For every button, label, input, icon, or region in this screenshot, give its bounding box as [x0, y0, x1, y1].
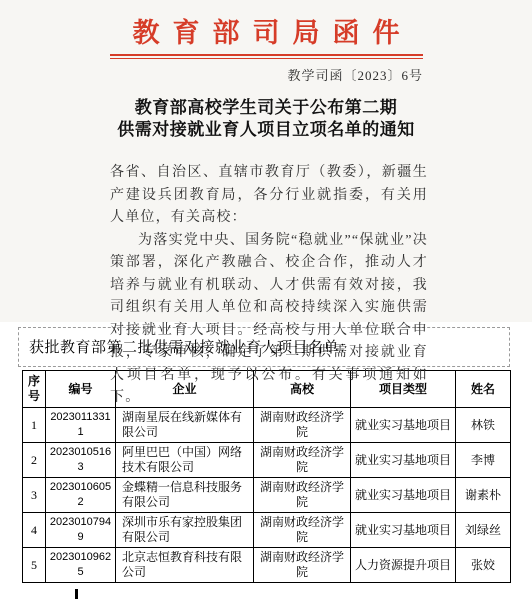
table-cell: 人力资源提升项目: [351, 548, 456, 583]
table-cell: 湖南财政经济学院: [254, 513, 351, 548]
notice-title-line1: 教育部高校学生司关于公布第二期: [0, 97, 532, 119]
table-row: 120230113311湖南星辰在线新媒体有限公司湖南财政经济学院就业实习基地项…: [23, 408, 511, 443]
table-cell: 李博: [456, 443, 511, 478]
table-cell: 阿里巴巴（中国）网络技术有限公司: [116, 443, 254, 478]
table-body: 120230113311湖南星辰在线新媒体有限公司湖南财政经济学院就业实习基地项…: [23, 408, 511, 583]
table-row: 320230106052金蝶精一信息科技服务有限公司湖南财政经济学院就业实习基地…: [23, 478, 511, 513]
table-cell: 5: [23, 548, 46, 583]
table-cell: 20230107949: [46, 513, 116, 548]
table-cell: 金蝶精一信息科技服务有限公司: [116, 478, 254, 513]
table-cell: 就业实习基地项目: [351, 443, 456, 478]
table-cell: 刘绿丝: [456, 513, 511, 548]
table-cell: 张姣: [456, 548, 511, 583]
letterhead-title: 教育部司局函件: [0, 17, 532, 49]
text-cursor-mark[interactable]: [75, 589, 78, 599]
table-row: 520230109625北京志恒教育科技有限公司湖南财政经济学院人力资源提升项目…: [23, 548, 511, 583]
table-row: 420230107949深圳市乐有家控股集团有限公司湖南财政经济学院就业实习基地…: [23, 513, 511, 548]
table-cell: 20230113311: [46, 408, 116, 443]
table-cell: 林铁: [456, 408, 511, 443]
project-table: 序号编号企业高校项目类型姓名 120230113311湖南星辰在线新媒体有限公司…: [22, 370, 511, 583]
column-header: 姓名: [456, 371, 511, 408]
table-cell: 湖南财政经济学院: [254, 443, 351, 478]
table-cell: 4: [23, 513, 46, 548]
notice-salutation: 各省、自治区、直辖市教育厅（教委），新疆生产建设兵团教育局，各分行业就指委，有关…: [110, 162, 428, 230]
table-cell: 就业实习基地项目: [351, 513, 456, 548]
table-cell: 就业实习基地项目: [351, 478, 456, 513]
table-cell: 谢素朴: [456, 478, 511, 513]
table-cell: 3: [23, 478, 46, 513]
letterhead-double-rule: [110, 54, 423, 59]
table-cell: 湖南财政经济学院: [254, 408, 351, 443]
table-cell: 20230106052: [46, 478, 116, 513]
table-cell: 北京志恒教育科技有限公司: [116, 548, 254, 583]
notice-body: 各省、自治区、直辖市教育厅（教委），新疆生产建设兵团教育局，各分行业就指委，有关…: [110, 162, 428, 410]
table-cell: 就业实习基地项目: [351, 408, 456, 443]
table-row: 220230105163阿里巴巴（中国）网络技术有限公司湖南财政经济学院就业实习…: [23, 443, 511, 478]
column-header: 序号: [23, 371, 46, 408]
scanned-letter: 教育部司局函件 教学司函〔2023〕6号 教育部高校学生司关于公布第二期 供需对…: [0, 0, 532, 322]
table-cell: 2: [23, 443, 46, 478]
table-cell: 湖南财政经济学院: [254, 548, 351, 583]
document-page: 教育部司局函件 教学司函〔2023〕6号 教育部高校学生司关于公布第二期 供需对…: [0, 0, 532, 599]
table-cell: 深圳市乐有家控股集团有限公司: [116, 513, 254, 548]
table-cell: 20230105163: [46, 443, 116, 478]
column-header: 编号: [46, 371, 116, 408]
table-cell: 湖南星辰在线新媒体有限公司: [116, 408, 254, 443]
document-number: 教学司函〔2023〕6号: [110, 65, 423, 84]
table-cell: 1: [23, 408, 46, 443]
notice-title: 教育部高校学生司关于公布第二期 供需对接就业育人项目立项名单的通知: [0, 97, 532, 141]
notice-title-line2: 供需对接就业育人项目立项名单的通知: [0, 119, 532, 141]
table-cell: 20230109625: [46, 548, 116, 583]
table-cell: 湖南财政经济学院: [254, 478, 351, 513]
